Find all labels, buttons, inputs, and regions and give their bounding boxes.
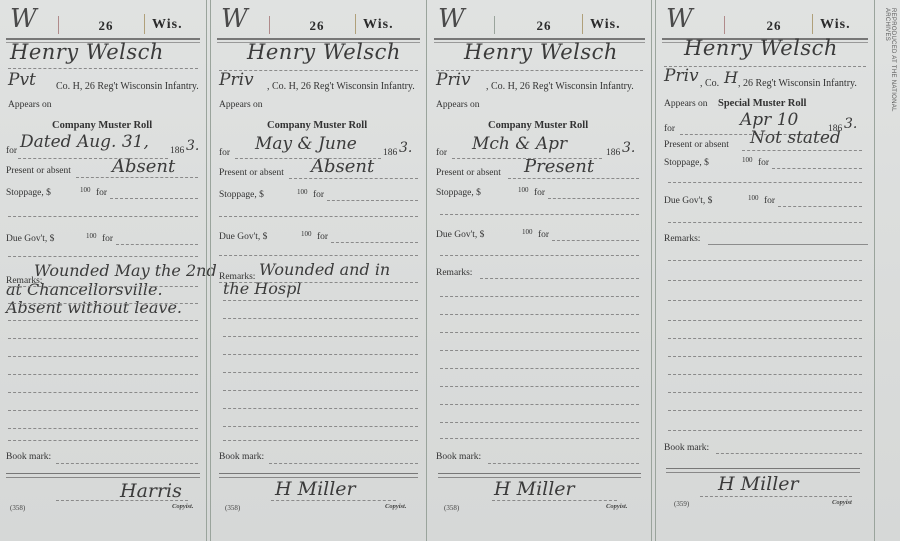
copyist-signature: H Miller <box>718 473 799 495</box>
due-gov-for: for <box>538 230 549 240</box>
state: Wis. <box>363 17 394 33</box>
for-value: May & June <box>255 134 357 154</box>
book-mark-label: Book mark: <box>664 443 709 453</box>
regiment-number: 26 <box>76 18 136 34</box>
appears-on-label: Appears on <box>8 100 52 110</box>
due-gov-cents: 100 <box>522 228 533 236</box>
archive-stamp: REPRODUCED AT THE NATIONAL ARCHIVES <box>884 8 896 118</box>
stoppage-cents: 100 <box>297 188 308 196</box>
soldier-name: Henry Welsch <box>684 36 838 60</box>
abbr: W <box>221 4 246 34</box>
regiment-number: 26 <box>287 18 347 34</box>
remarks-line-2: at Chancellorsville. <box>6 280 163 299</box>
stoppage-label: Stoppage, $ <box>436 188 481 198</box>
roll-type: Company Muster Roll <box>488 120 588 131</box>
stoppage-for: for <box>758 158 769 168</box>
card-header: W 26 Wis. <box>217 8 420 40</box>
year-suffix: 3. <box>186 138 199 154</box>
stoppage-cents: 100 <box>518 186 529 194</box>
appears-on-label: Appears on <box>219 100 263 110</box>
due-gov-cents: 100 <box>301 230 312 238</box>
year-suffix: 3. <box>399 140 412 156</box>
due-gov-for: for <box>102 234 113 244</box>
for-value: Mch & Apr <box>472 134 567 154</box>
service-card-1: W 26 Wis. Henry Welsch Pvt Co. H, 26 Reg… <box>0 0 207 541</box>
unit: , Co. H, 26 Reg't Wisconsin Infantry. <box>267 81 415 92</box>
abbr: W <box>666 4 691 34</box>
state: Wis. <box>152 17 183 33</box>
remarks-label: Remarks: <box>664 234 700 244</box>
stoppage-label: Stoppage, $ <box>219 190 264 200</box>
abbr: W <box>10 4 35 34</box>
due-gov-label: Due Gov't, $ <box>664 196 712 206</box>
soldier-name: Henry Welsch <box>464 40 618 64</box>
roll-type: Company Muster Roll <box>267 120 367 131</box>
regiment-number: 26 <box>514 18 574 34</box>
company-prefix: , Co. <box>700 78 719 89</box>
due-gov-for: for <box>764 196 775 206</box>
copyist-label: Copyist. <box>172 503 194 510</box>
year-suffix: 3. <box>622 140 635 156</box>
for-label: for <box>664 124 675 134</box>
for-value: Dated Aug. 31, <box>20 132 149 152</box>
due-gov-for: for <box>317 232 328 242</box>
present-label: Present or absent <box>219 168 284 178</box>
book-mark-label: Book mark: <box>219 452 264 462</box>
unit: , Co. H, 26 Reg't Wisconsin Infantry. <box>486 81 634 92</box>
service-card-4: W 26 Wis. Henry Welsch Priv , Co. H , 26… <box>655 0 875 541</box>
year-prefix: 186 <box>383 148 397 158</box>
year-prefix: 186 <box>170 146 184 156</box>
stoppage-label: Stoppage, $ <box>6 188 51 198</box>
due-gov-cents: 100 <box>86 232 97 240</box>
rank: Priv <box>219 70 254 90</box>
regiment-number: 26 <box>744 18 804 34</box>
form-number: (358) <box>225 504 240 512</box>
service-card-2: W 26 Wis. Henry Welsch Priv , Co. H, 26 … <box>210 0 427 541</box>
copyist-signature: H Miller <box>494 478 575 500</box>
state: Wis. <box>820 17 851 33</box>
stoppage-label: Stoppage, $ <box>664 158 709 168</box>
abbr: W <box>438 4 463 34</box>
present-value: Not stated <box>750 128 841 148</box>
company-letter: H <box>724 68 738 87</box>
rank: Priv <box>436 70 471 90</box>
copyist-signature: Harris <box>120 480 182 502</box>
present-label: Present or absent <box>436 168 501 178</box>
for-label: for <box>219 148 230 158</box>
year-prefix: 186 <box>606 148 620 158</box>
form-number: (359) <box>674 500 689 508</box>
appears-on-label: Appears on <box>436 100 480 110</box>
book-mark-label: Book mark: <box>436 452 481 462</box>
stoppage-cents: 100 <box>80 186 91 194</box>
roll-type: Company Muster Roll <box>52 120 152 131</box>
present-value: Absent <box>112 156 175 177</box>
for-label: for <box>436 148 447 158</box>
due-gov-label: Due Gov't, $ <box>6 234 54 244</box>
remarks-label: Remarks: <box>436 268 472 278</box>
present-label: Present or absent <box>6 166 71 176</box>
stoppage-cents: 100 <box>742 156 753 164</box>
for-label: for <box>6 146 17 156</box>
form-number: (358) <box>444 504 459 512</box>
copyist-signature: H Miller <box>275 478 356 500</box>
remarks-line-1: Wounded and in <box>259 260 390 279</box>
due-gov-label: Due Gov't, $ <box>436 230 484 240</box>
remarks-line-3: Absent without leave. <box>6 298 182 317</box>
rank: Pvt <box>8 70 36 90</box>
card-header: W 26 Wis. <box>6 8 200 40</box>
copyist-label: Copyist <box>832 499 852 506</box>
book-mark-label: Book mark: <box>6 452 51 462</box>
remarks-line-1: Wounded May the 2nd <box>34 261 217 280</box>
year-suffix: 3. <box>844 116 857 132</box>
copyist-label: Copyist. <box>385 503 407 510</box>
document-sheet: W 26 Wis. Henry Welsch Pvt Co. H, 26 Reg… <box>0 0 900 541</box>
stoppage-for: for <box>534 188 545 198</box>
due-gov-cents: 100 <box>748 194 759 202</box>
soldier-name: Henry Welsch <box>10 40 164 64</box>
stoppage-for: for <box>313 190 324 200</box>
card-header: W 26 Wis. <box>434 8 645 40</box>
roll-type: Special Muster Roll <box>718 98 806 109</box>
stoppage-for: for <box>96 188 107 198</box>
state: Wis. <box>590 17 621 33</box>
present-value: Absent <box>311 156 374 177</box>
soldier-name: Henry Welsch <box>247 40 401 64</box>
form-number: (358) <box>10 504 25 512</box>
unit: Co. H, 26 Reg't Wisconsin Infantry. <box>56 81 199 92</box>
present-value: Present <box>524 156 594 177</box>
present-label: Present or absent <box>664 140 729 150</box>
unit: , 26 Reg't Wisconsin Infantry. <box>738 78 857 89</box>
for-value: Apr 10 <box>740 110 798 130</box>
copyist-label: Copyist. <box>606 503 628 510</box>
appears-on-label: Appears on <box>664 99 708 109</box>
service-card-3: W 26 Wis. Henry Welsch Priv , Co. H, 26 … <box>428 0 652 541</box>
rank: Priv <box>664 66 699 86</box>
due-gov-label: Due Gov't, $ <box>219 232 267 242</box>
